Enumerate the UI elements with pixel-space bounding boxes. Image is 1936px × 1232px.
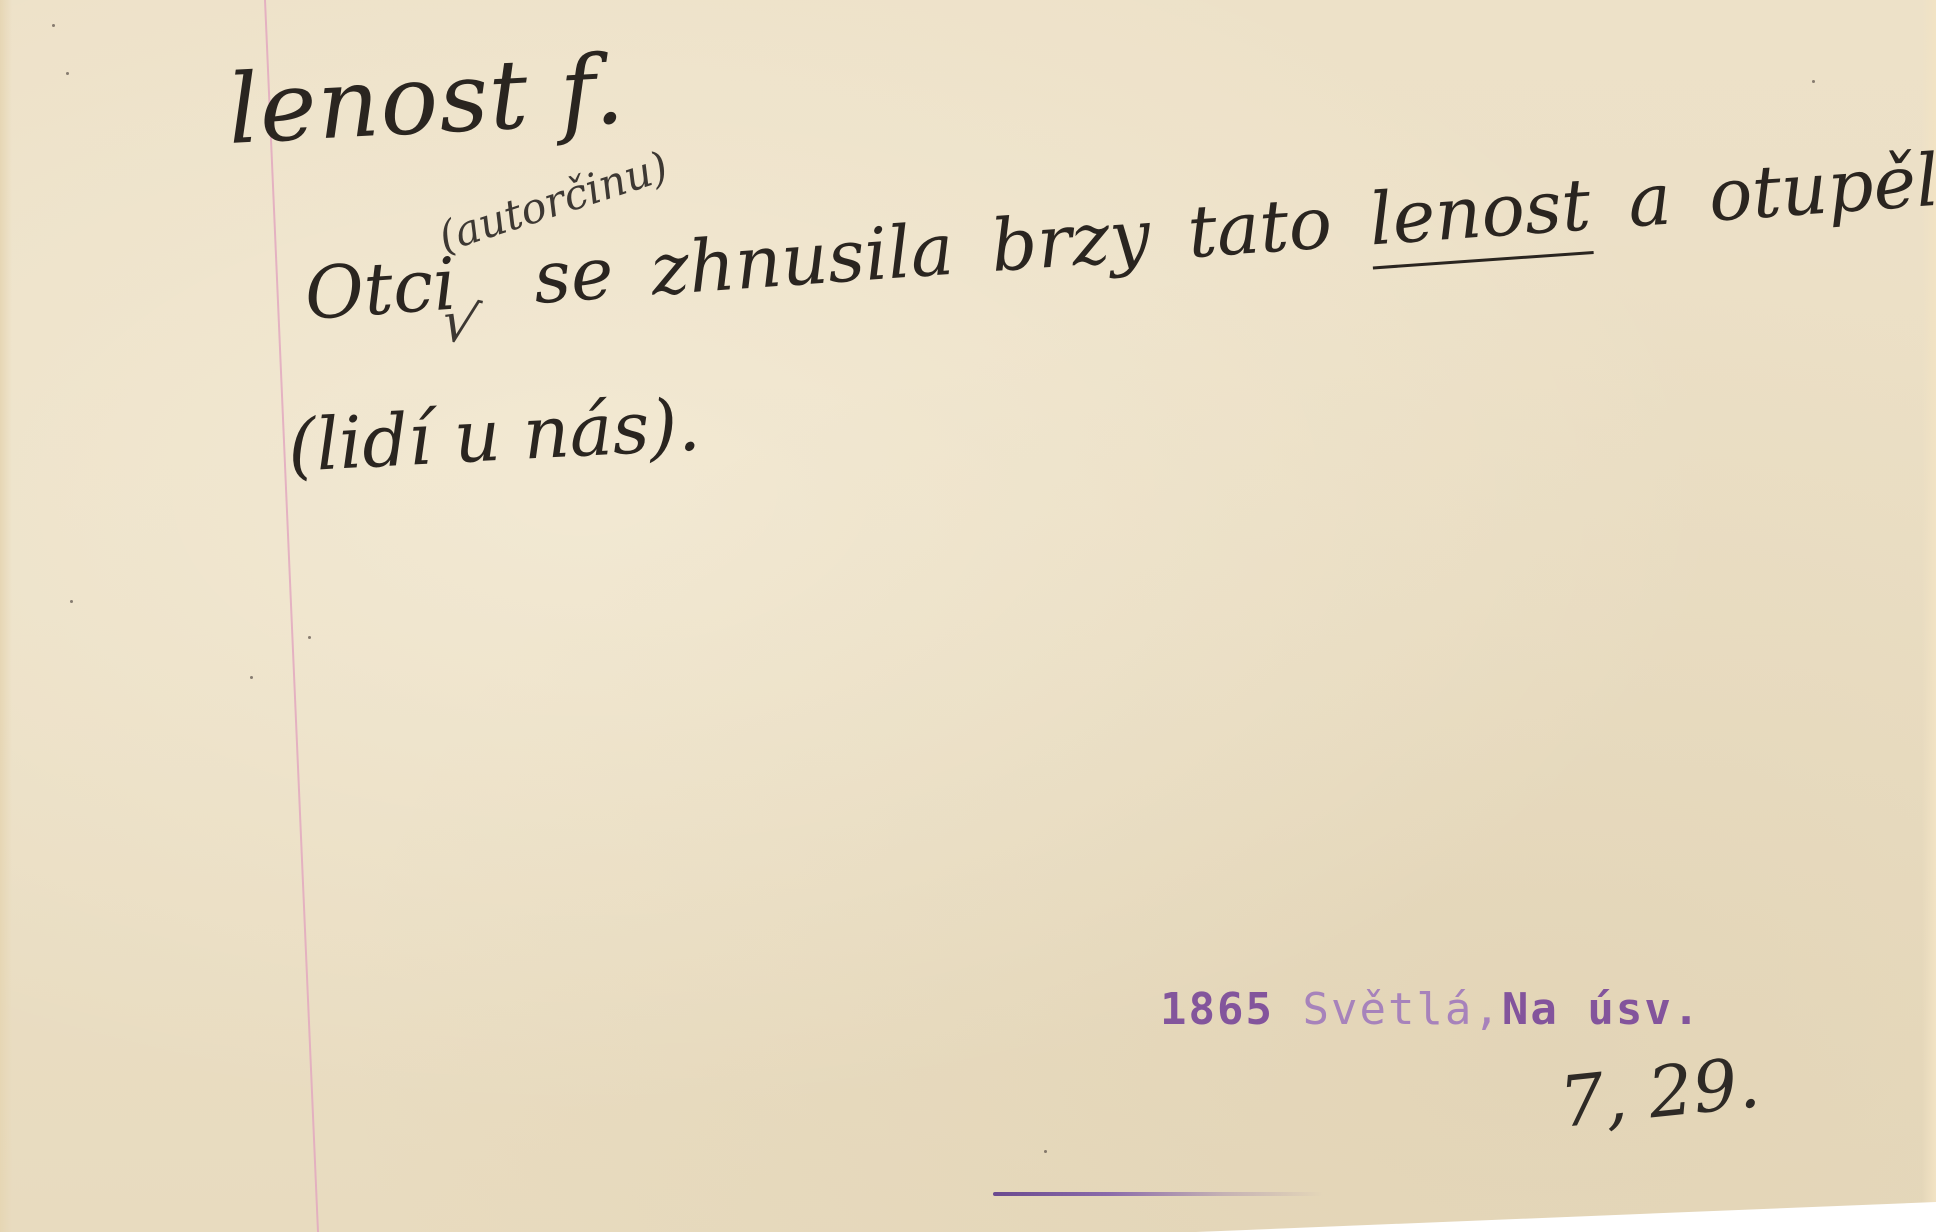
example-word: brzy — [989, 199, 1153, 282]
example-word: a — [1626, 163, 1674, 238]
paper-speck — [66, 72, 69, 75]
stamp-work: Na úsv. — [1502, 984, 1701, 1035]
paper-speck — [52, 24, 55, 27]
page-reference: 7, 29. — [1556, 1041, 1764, 1143]
index-card: lenost f. (autorčinu) √ Otcisezhnusilabr… — [0, 0, 1936, 1232]
stamp-ink-bleed — [993, 1192, 1323, 1196]
paper-speck — [250, 676, 253, 679]
stamp-author: Světlá, — [1302, 984, 1501, 1035]
card-left-edge — [0, 0, 12, 1232]
paper-speck — [70, 600, 73, 603]
example-word: se — [531, 237, 615, 314]
example-word: zhnusila — [649, 213, 956, 306]
source-stamp: 1865 Světlá,Na úsv. — [1160, 984, 1701, 1035]
example-word: otupělost — [1706, 136, 1936, 232]
example-word: tato — [1185, 186, 1334, 268]
example-line-2: (lidí u nás). — [286, 388, 702, 481]
example-word-underlined: lenost — [1367, 168, 1593, 255]
example-word: Otci — [302, 248, 458, 330]
example-line-1: Otcisezhnusilabrzytatolenostaotupělost — [302, 134, 1936, 330]
paper-speck — [1812, 80, 1815, 83]
headword: lenost f. — [225, 41, 627, 158]
paper-speck — [1044, 1150, 1047, 1153]
scan-cut-corner — [1196, 1202, 1936, 1232]
paper-speck — [308, 636, 311, 639]
stamp-number: 1865 — [1160, 984, 1274, 1035]
